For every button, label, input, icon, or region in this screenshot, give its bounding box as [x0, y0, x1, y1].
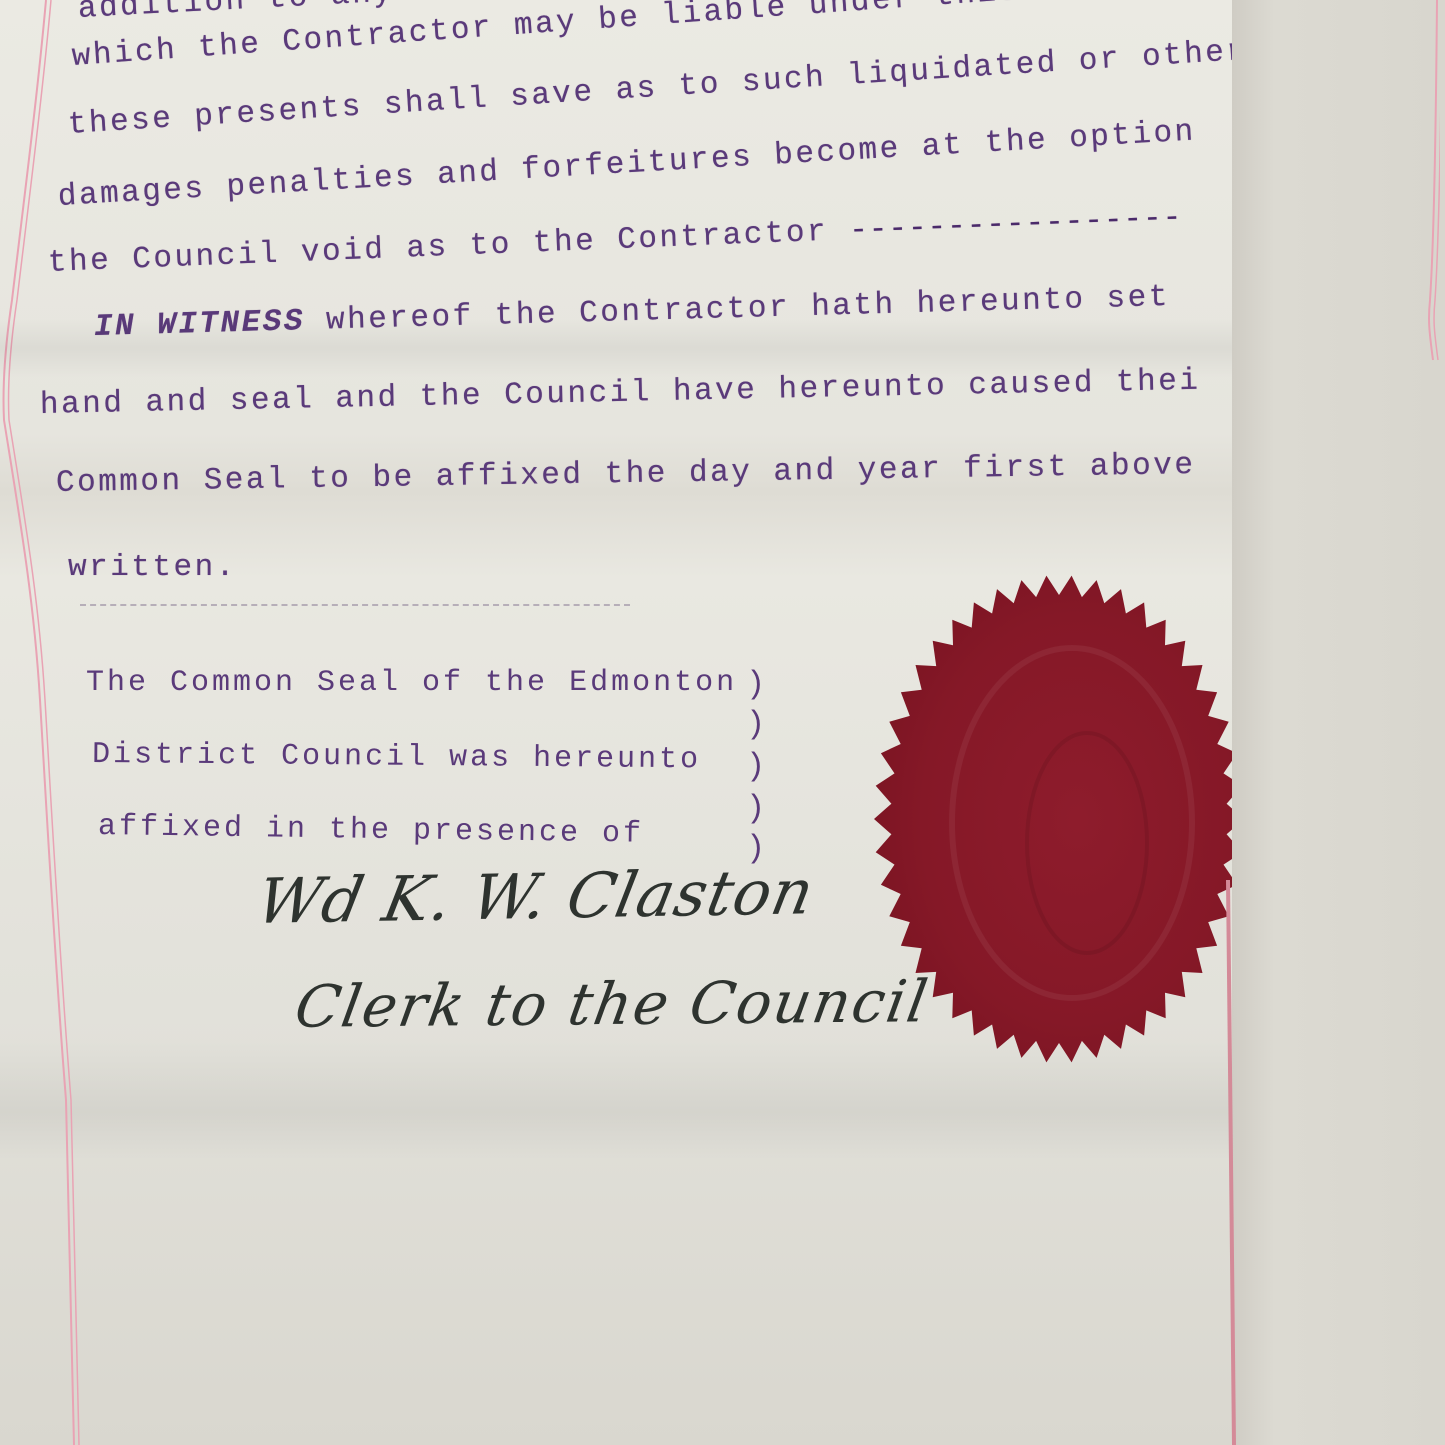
left-margin-rule [0, 0, 80, 1445]
witness-line-4: written. [68, 550, 237, 585]
witness-line-1-rest: whereof the Contractor hath hereunto set [326, 280, 1171, 339]
attestation-line-2: District Council was hereunto [92, 738, 701, 777]
dash-fill: ----------------- [849, 200, 1183, 248]
document-page: addition to any which the Contractor may… [0, 0, 1232, 1445]
bracket-1: ) [746, 666, 765, 703]
body-line-5: the Council void as to the Contractor --… [47, 200, 1183, 281]
signature-title: Clerk to the Council [290, 967, 934, 1041]
witness-line-1: IN WITNESS whereof the Contractor hath h… [94, 280, 1171, 345]
red-seal-icon [872, 573, 1247, 1065]
body-line-5-text: the Council void as to the Contractor [47, 215, 829, 281]
witness-line-3: Common Seal to be affixed the day and ye… [56, 448, 1196, 501]
bracket-2: ) [746, 706, 765, 743]
bracket-4: ) [746, 790, 765, 827]
witness-line-2: hand and seal and the Council have hereu… [40, 364, 1201, 423]
attestation-line-1: The Common Seal of the Edmonton [86, 666, 737, 700]
signature-name: Wd K. W. Claston [251, 855, 821, 938]
attestation-line-3: affixed in the presence of [98, 810, 644, 852]
bracket-3: ) [746, 748, 765, 785]
underlying-page [1232, 0, 1445, 1445]
right-margin-rule [1360, 0, 1440, 1445]
witness-lead: IN WITNESS [94, 304, 306, 345]
separator-dashed-line [80, 604, 630, 606]
sheet-right-edge-rule [1220, 880, 1250, 1445]
